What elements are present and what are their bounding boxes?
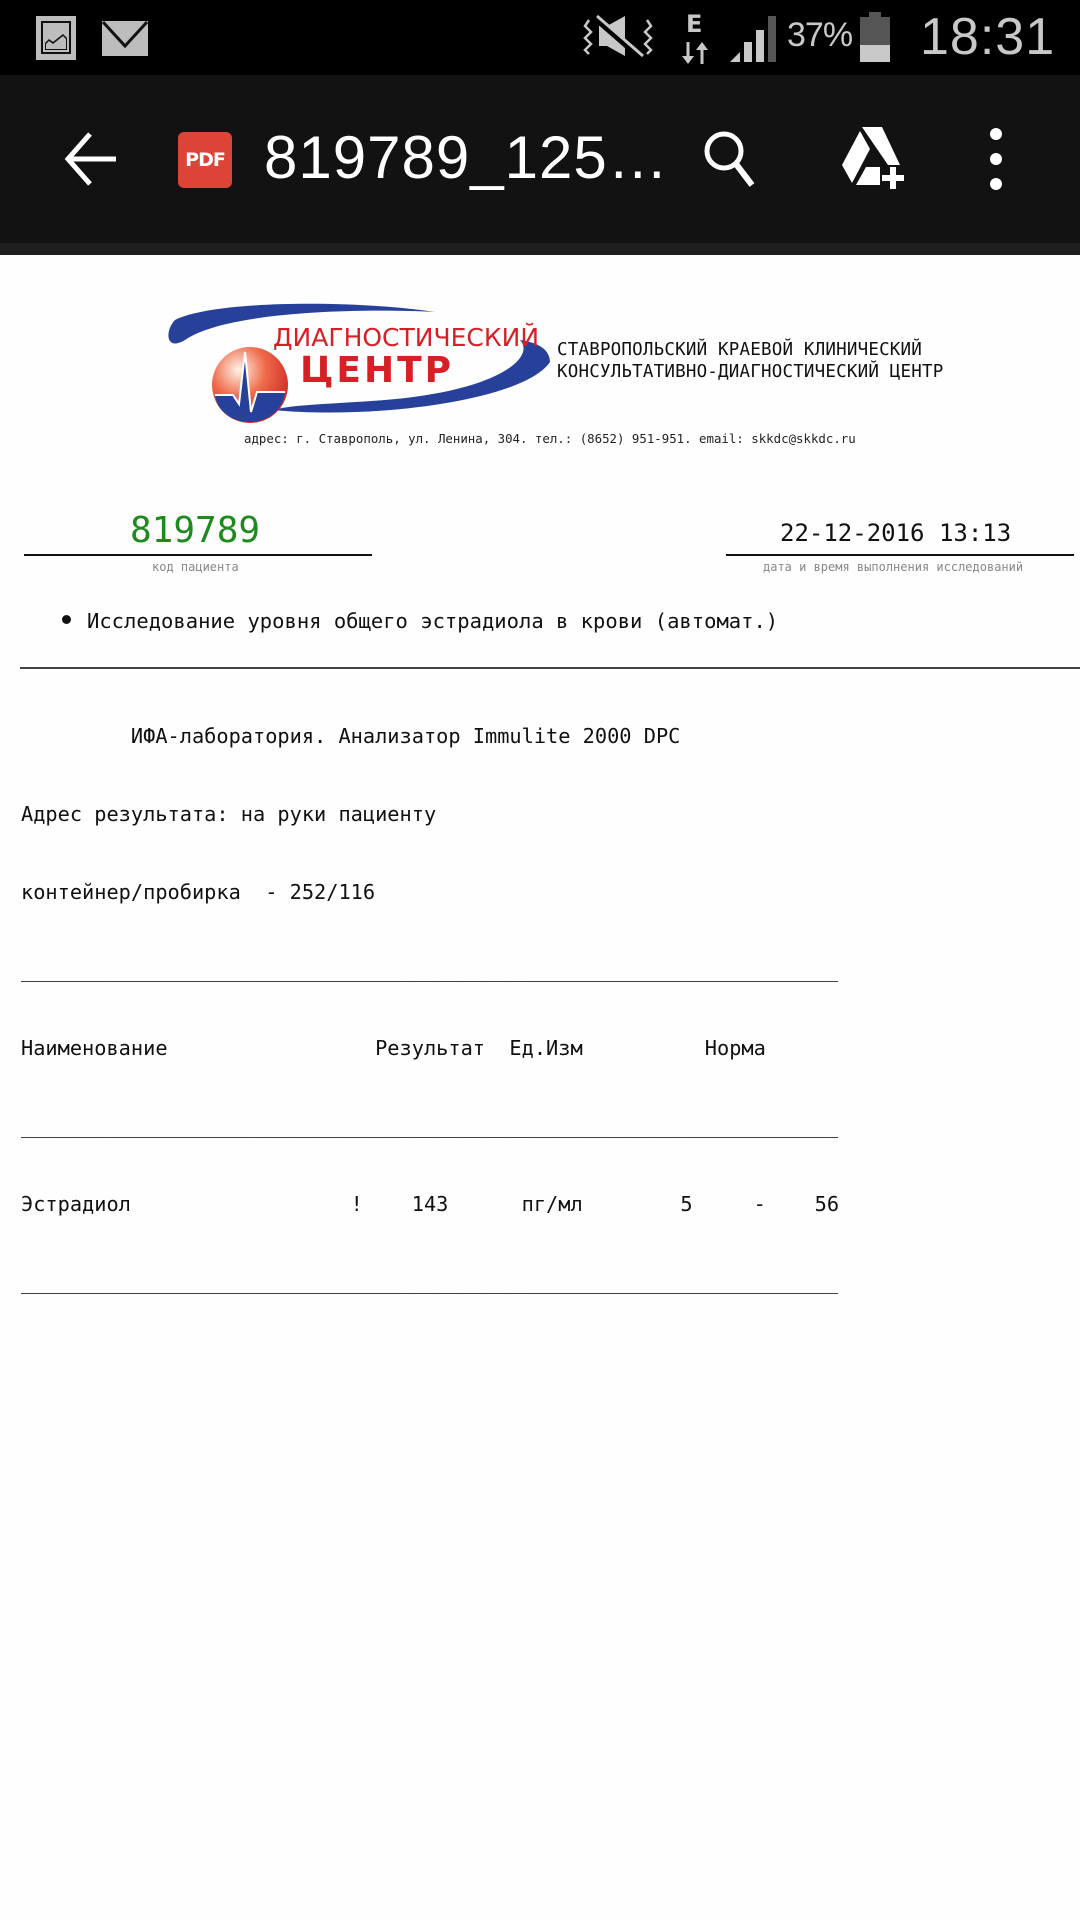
exam-datetime: 22-12-2016 13:13 bbox=[780, 519, 1011, 547]
edge-data-icon: E bbox=[680, 10, 710, 66]
signal-icon bbox=[730, 14, 778, 62]
search-button[interactable] bbox=[700, 129, 764, 189]
result-address: Адрес результата: на руки пациенту bbox=[21, 801, 881, 827]
pdf-page[interactable]: ДИАГНОСТИЧЕСКИЙ ЦЕНТР СТАВРОПОЛЬСКИЙ КРА… bbox=[0, 255, 1080, 1920]
exam-datetime-caption: дата и время выполнения исследований bbox=[763, 560, 1023, 574]
logo-text-line2: ЦЕНТР bbox=[300, 350, 454, 391]
bullet-icon bbox=[62, 615, 71, 624]
vibrate-mute-icon bbox=[583, 14, 653, 62]
test-list-item: Исследование уровня общего эстрадиола в … bbox=[62, 609, 778, 633]
pdf-file-icon: PDF bbox=[178, 132, 232, 188]
table-row: Эстрадиол ! 143 пг/мл 5 - 56 bbox=[21, 1191, 881, 1217]
add-to-drive-button[interactable] bbox=[840, 125, 906, 191]
table-separator: ________________________________________… bbox=[21, 1269, 881, 1295]
clock: 18:31 bbox=[920, 7, 1055, 67]
organization-name: СТАВРОПОЛЬСКИЙ КРАЕВОЙ КЛИНИЧЕСКИЙ КОНСУ… bbox=[557, 339, 944, 383]
battery-percent: 37% bbox=[787, 16, 852, 55]
logo-text-line1: ДИАГНОСТИЧЕСКИЙ bbox=[273, 323, 539, 352]
add-to-drive-icon bbox=[840, 125, 906, 191]
container-info: контейнер/пробирка - 252/116 bbox=[21, 879, 881, 905]
document-title: 819789_125… bbox=[264, 123, 669, 192]
arrow-left-icon bbox=[60, 130, 122, 188]
more-vert-icon bbox=[980, 127, 1012, 191]
exam-datetime-underline bbox=[726, 554, 1074, 556]
toolbar-divider bbox=[0, 243, 1080, 255]
table-separator: ________________________________________… bbox=[21, 957, 881, 983]
table-separator: ________________________________________… bbox=[21, 1113, 881, 1139]
lab-report: ИФА-лаборатория. Анализатор Immulite 200… bbox=[21, 671, 881, 1347]
patient-code-caption: код пациента bbox=[152, 560, 239, 574]
status-bar: E 37% 18:31 bbox=[0, 0, 1080, 75]
battery-icon bbox=[860, 12, 890, 62]
more-options-button[interactable] bbox=[980, 127, 1012, 191]
gallery-notification-icon bbox=[36, 16, 76, 60]
address-line: адрес: г. Ставрополь, ул. Ленина, 304. т… bbox=[244, 431, 856, 446]
lab-header: ИФА-лаборатория. Анализатор Immulite 200… bbox=[21, 723, 881, 749]
app-toolbar: PDF 819789_125… bbox=[0, 75, 1080, 243]
diagnostic-center-logo: ДИАГНОСТИЧЕСКИЙ ЦЕНТР bbox=[155, 300, 555, 425]
search-icon bbox=[700, 129, 764, 189]
back-button[interactable] bbox=[60, 130, 122, 188]
section-divider bbox=[20, 667, 1080, 669]
patient-code-underline bbox=[24, 554, 372, 556]
mail-notification-icon bbox=[102, 21, 148, 56]
patient-code: 819789 bbox=[130, 510, 330, 551]
table-header: Наименование Результат Ед.Изм Норма bbox=[21, 1035, 881, 1061]
